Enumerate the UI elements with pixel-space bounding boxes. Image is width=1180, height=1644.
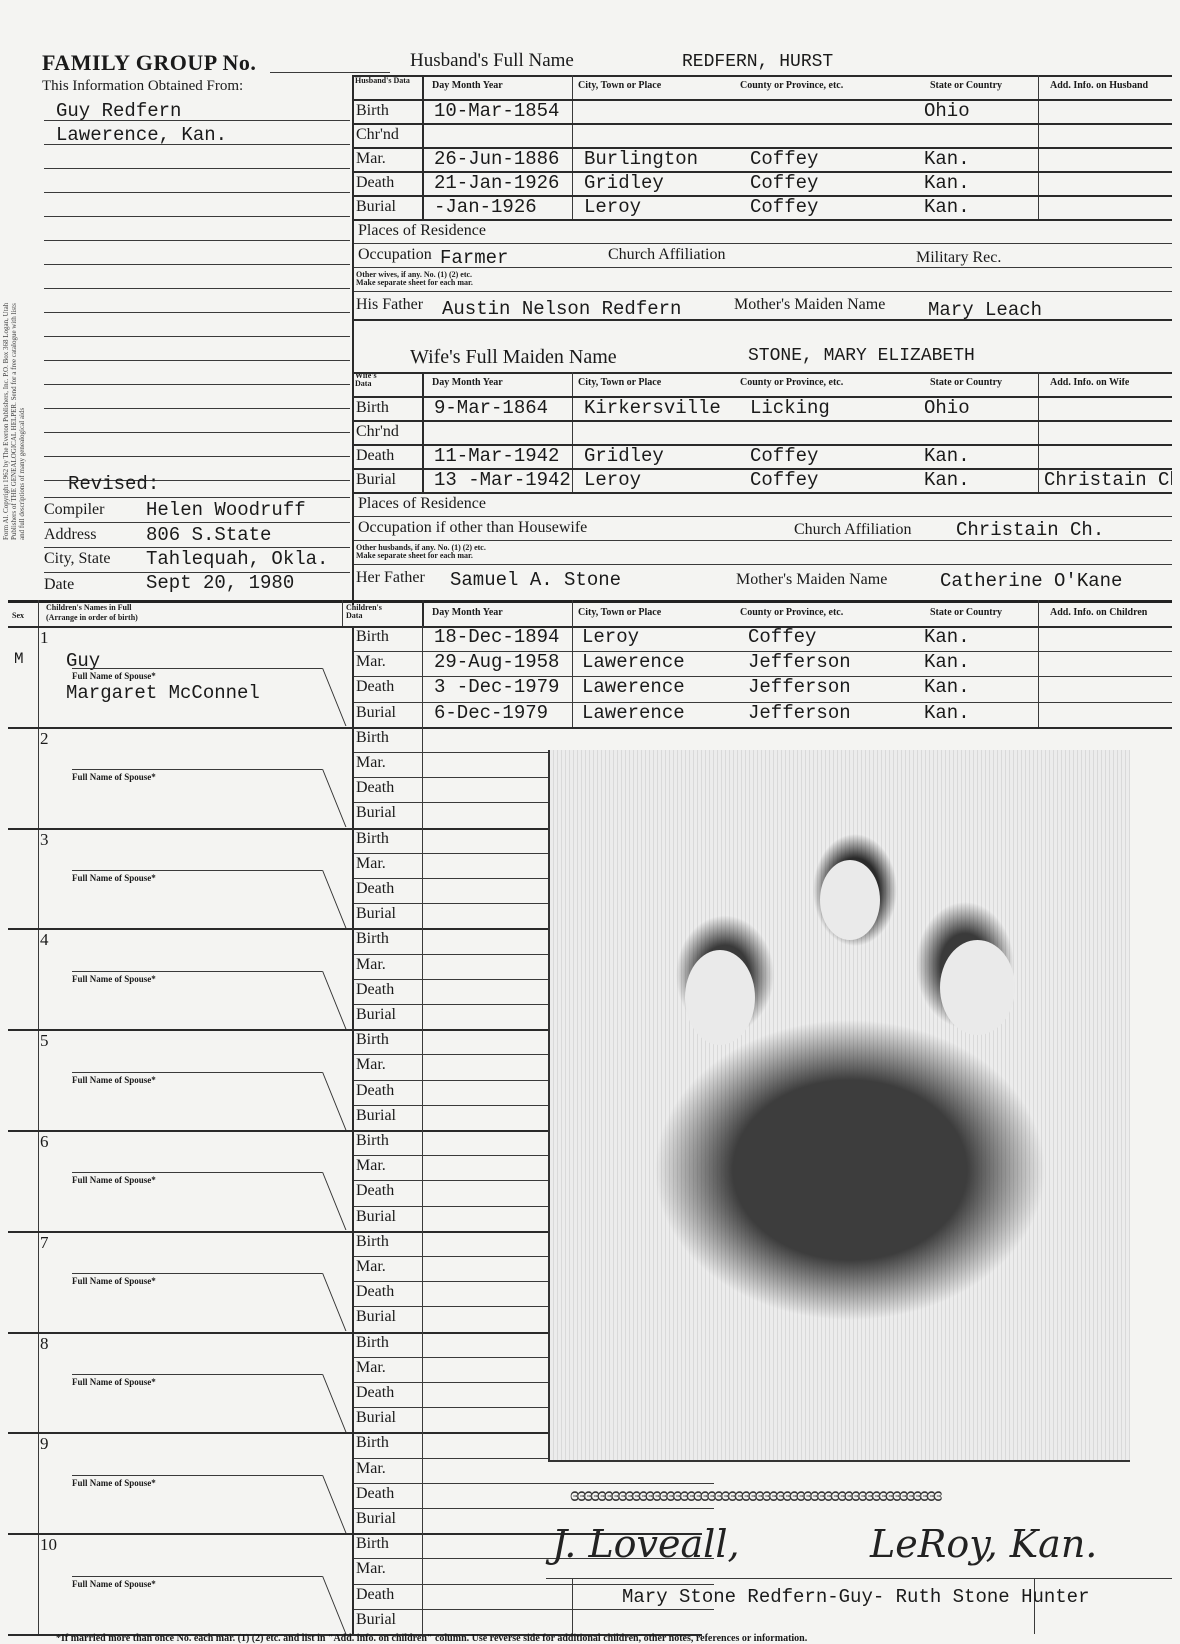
- wife-column-header-date: Day Month Year: [432, 378, 503, 388]
- child-event-type: Burial: [356, 1409, 396, 1427]
- child-event-type: Death: [356, 1182, 394, 1200]
- decorative-border-icon: ɞɞɞɞɞɞɞɞɞɞɞɞɞɞɞɞɞɞɞɞɞɞɞɞɞɞɞɞɞɞɞɞɞɞɞɞɞɞɞɞ…: [570, 1484, 940, 1507]
- compiler-name: Helen Woodruff: [146, 499, 306, 521]
- wife-event-state[interactable]: Kan.: [924, 445, 970, 467]
- child-event-city[interactable]: Lawerence: [582, 651, 685, 673]
- child-event-type: Death: [356, 678, 394, 696]
- husband-event-city[interactable]: Burlington: [584, 148, 698, 170]
- wife-column-header-city: City, Town or Place: [578, 378, 661, 388]
- family-group-number-field[interactable]: [270, 72, 390, 73]
- compiled-date: Sept 20, 1980: [146, 572, 294, 594]
- wife-event-city[interactable]: Kirkersville: [584, 397, 721, 419]
- husband-military-label: Military Rec.: [916, 249, 1001, 267]
- husband-father[interactable]: Austin Nelson Redfern: [442, 298, 681, 320]
- child-event-type: Birth: [356, 628, 389, 646]
- husband-event-state[interactable]: Kan.: [924, 172, 970, 194]
- child-event-type: Birth: [356, 1233, 389, 1251]
- spouse-label: Full Name of Spouse*: [72, 773, 156, 781]
- husband-event-state[interactable]: Kan.: [924, 196, 970, 218]
- compiler-address: 806 S.State: [146, 524, 271, 546]
- husband-event-date[interactable]: 26-Jun-1886: [434, 148, 559, 170]
- husband-event-type: Death: [356, 174, 394, 192]
- wife-name: STONE, MARY ELIZABETH: [748, 346, 975, 366]
- wife-column-header-add-wife: Add. Info. on Wife: [1050, 378, 1129, 388]
- city-state-label: City, State: [44, 550, 111, 568]
- child-event-type: Death: [356, 1082, 394, 1100]
- child-column-header-county: County or Province, etc.: [740, 608, 843, 618]
- footer-note: *If married more than once No. each mar.…: [56, 1633, 807, 1644]
- wife-church[interactable]: Christain Ch.: [956, 519, 1104, 541]
- child-number: 1: [40, 628, 49, 648]
- husband-event-state[interactable]: Kan.: [924, 148, 970, 170]
- child-event-type: Mar.: [356, 754, 386, 772]
- wife-father-label: Her Father: [356, 569, 425, 587]
- husband-event-type: Chr'nd: [356, 126, 399, 144]
- child-event-county[interactable]: Jefferson: [748, 702, 851, 724]
- child-event-type: Burial: [356, 905, 396, 923]
- spouse-label: Full Name of Spouse*: [72, 975, 156, 983]
- wife-mother[interactable]: Catherine O'Kane: [940, 570, 1122, 592]
- husband-event-date[interactable]: 10-Mar-1854: [434, 100, 559, 122]
- publisher-note: Form Al. Copyright 1962 by The Everton P…: [2, 300, 42, 540]
- child-sex[interactable]: M: [14, 650, 24, 668]
- husband-event-type: Birth: [356, 102, 389, 120]
- child-event-type: Death: [356, 1384, 394, 1402]
- child-event-city[interactable]: Lawerence: [582, 676, 685, 698]
- photo-studio-location: LeRoy, Kan.: [870, 1522, 1097, 1566]
- wife-column-header-county: County or Province, etc.: [740, 378, 843, 388]
- child-event-type: Mar.: [356, 1056, 386, 1074]
- child-event-type: Death: [356, 1485, 394, 1503]
- wife-occupation-label: Occupation if other than Housewife: [358, 519, 587, 537]
- child-event-type: Death: [356, 880, 394, 898]
- spouse-label: Full Name of Spouse*: [72, 1076, 156, 1084]
- child-event-county[interactable]: Jefferson: [748, 676, 851, 698]
- husband-event-type: Burial: [356, 198, 396, 216]
- wife-event-county[interactable]: Licking: [750, 397, 830, 419]
- date-label: Date: [44, 576, 74, 594]
- wife-church-label: Church Affiliation: [794, 521, 911, 539]
- child-event-date[interactable]: 6-Dec-1979: [434, 702, 548, 724]
- husband-event-county[interactable]: Coffey: [750, 148, 818, 170]
- husband-event-city[interactable]: Leroy: [584, 196, 641, 218]
- child-event-type: Birth: [356, 1535, 389, 1553]
- wife-event-state[interactable]: Kan.: [924, 469, 970, 491]
- husband-column-header-add-husband: Add. Info. on Husband: [1050, 81, 1148, 91]
- photo-caption: Mary Stone Redfern-Guy- Ruth Stone Hunte…: [622, 1586, 1089, 1608]
- children-names-header: Children's Names in Full: [46, 604, 131, 612]
- child-event-type: Mar.: [356, 1460, 386, 1478]
- wife-event-city[interactable]: Gridley: [584, 445, 664, 467]
- husband-event-city[interactable]: Gridley: [584, 172, 664, 194]
- child-event-type: Burial: [356, 1208, 396, 1226]
- wife-event-date[interactable]: 11-Mar-1942: [434, 445, 559, 467]
- child-event-state[interactable]: Kan.: [924, 676, 970, 698]
- child-event-city[interactable]: Leroy: [582, 626, 639, 648]
- child-event-type: Birth: [356, 1334, 389, 1352]
- husband-column-header-county: County or Province, etc.: [740, 81, 843, 91]
- husband-event-date[interactable]: -Jan-1926: [434, 196, 537, 218]
- child-event-date[interactable]: 18-Dec-1894: [434, 626, 559, 648]
- child-event-type: Death: [356, 1586, 394, 1604]
- husband-event-county[interactable]: Coffey: [750, 172, 818, 194]
- husband-column-header-city: City, Town or Place: [578, 81, 661, 91]
- child-number: 6: [40, 1132, 49, 1152]
- child-event-type: Burial: [356, 704, 396, 722]
- wife-residence-label: Places of Residence: [358, 495, 486, 513]
- child-event-date[interactable]: 29-Aug-1958: [434, 651, 559, 673]
- spouse-label: Full Name of Spouse*: [72, 1176, 156, 1184]
- child-event-type: Birth: [356, 1132, 389, 1150]
- husband-data-label: Husband's Data: [355, 77, 410, 85]
- other-husbands-note: Make separate sheet for each mar.: [356, 552, 473, 560]
- spouse-label: Full Name of Spouse*: [72, 874, 156, 882]
- child-event-type: Mar.: [356, 956, 386, 974]
- child-event-type: Mar.: [356, 1359, 386, 1377]
- child-event-type: Mar.: [356, 855, 386, 873]
- child-column-header-city: City, Town or Place: [578, 608, 661, 618]
- spouse-label: Full Name of Spouse*: [72, 1378, 156, 1386]
- child-column-header-date: Day Month Year: [432, 608, 503, 618]
- children-order-note: (Arrange in order of birth): [46, 614, 138, 622]
- revised-label: Revised:: [68, 473, 159, 495]
- child-event-state[interactable]: Kan.: [924, 651, 970, 673]
- child-number: 4: [40, 930, 49, 950]
- wife-event-county[interactable]: Coffey: [750, 469, 818, 491]
- child-event-type: Birth: [356, 930, 389, 948]
- husband-occupation[interactable]: Farmer: [440, 247, 508, 269]
- child-event-type: Mar.: [356, 1157, 386, 1175]
- child-number: 2: [40, 729, 49, 749]
- wife-event-city[interactable]: Leroy: [584, 469, 641, 491]
- child-number: 3: [40, 830, 49, 850]
- husband-name: REDFERN, HURST: [682, 52, 833, 72]
- address-label: Address: [44, 526, 96, 544]
- spouse-label: Full Name of Spouse*: [72, 1277, 156, 1285]
- child-event-state[interactable]: Kan.: [924, 702, 970, 724]
- husband-column-header-date: Day Month Year: [432, 81, 503, 91]
- child-event-type: Burial: [356, 1308, 396, 1326]
- husband-church-label: Church Affiliation: [608, 246, 725, 264]
- photo-studio-name: J. Loveall,: [552, 1522, 740, 1566]
- husband-name-label: Husband's Full Name: [410, 50, 574, 72]
- child-event-type: Death: [356, 779, 394, 797]
- wife-event-add[interactable]: Christain Ch.: [1044, 469, 1172, 491]
- child-event-type: Mar.: [356, 653, 386, 671]
- wife-event-county[interactable]: Coffey: [750, 445, 818, 467]
- child-event-type: Burial: [356, 1510, 396, 1528]
- child-number: 9: [40, 1434, 49, 1454]
- child-column-header-add-child: Add. Info. on Children: [1050, 608, 1147, 618]
- wife-event-type: Chr'nd: [356, 423, 399, 441]
- child-event-type: Birth: [356, 1434, 389, 1452]
- child-event-county[interactable]: Coffey: [748, 626, 816, 648]
- child-number: 10: [40, 1535, 57, 1555]
- child-event-type: Death: [356, 1283, 394, 1301]
- compiler-city: Tahlequah, Okla.: [146, 548, 328, 570]
- family-photo: [548, 750, 1130, 1462]
- child-event-state[interactable]: Kan.: [924, 626, 970, 648]
- wife-mother-label: Mother's Maiden Name: [736, 571, 887, 589]
- obtained-from-line-1: Guy Redfern: [56, 100, 181, 122]
- spouse-label: Full Name of Spouse*: [72, 1580, 156, 1588]
- husband-event-state[interactable]: Ohio: [924, 100, 970, 122]
- spouse-label: Full Name of Spouse*: [72, 1479, 156, 1487]
- wife-name-label: Wife's Full Maiden Name: [410, 346, 617, 369]
- wife-event-row: [354, 420, 1172, 444]
- child-event-type: Burial: [356, 1107, 396, 1125]
- child-event-type: Mar.: [356, 1560, 386, 1578]
- child-event-type: Mar.: [356, 1258, 386, 1276]
- wife-event-type: Birth: [356, 399, 389, 417]
- child-event-type: Birth: [356, 1031, 389, 1049]
- child-number: 5: [40, 1031, 49, 1051]
- husband-event-type: Mar.: [356, 150, 386, 168]
- other-wives-note: Make separate sheet for each mar.: [356, 279, 473, 287]
- wife-event-date[interactable]: 9-Mar-1864: [434, 397, 548, 419]
- husband-column-header-state: State or Country: [930, 81, 1002, 91]
- children-data-header: Children's Data: [346, 604, 386, 620]
- spouse-label: Full Name of Spouse*: [72, 672, 156, 680]
- child-event-type: Death: [356, 981, 394, 999]
- husband-father-label: His Father: [356, 296, 423, 314]
- child-event-type: Burial: [356, 804, 396, 822]
- husband-event-date[interactable]: 21-Jan-1926: [434, 172, 559, 194]
- wife-data-label: Wife's Data: [355, 372, 395, 388]
- wife-event-date[interactable]: 13 -Mar-1942: [434, 469, 571, 491]
- child-event-county[interactable]: Jefferson: [748, 651, 851, 673]
- child-event-type: Birth: [356, 830, 389, 848]
- form-title: FAMILY GROUP No.: [42, 50, 256, 76]
- husband-event-row: [354, 123, 1172, 147]
- wife-event-state[interactable]: Ohio: [924, 397, 970, 419]
- child-event-type: Burial: [356, 1611, 396, 1629]
- child-event-type: Burial: [356, 1006, 396, 1024]
- husband-mother[interactable]: Mary Leach: [928, 299, 1042, 321]
- child-event-date[interactable]: 3 -Dec-1979: [434, 676, 559, 698]
- wife-event-type: Death: [356, 447, 394, 465]
- child-event-type: Birth: [356, 729, 389, 747]
- child-event-city[interactable]: Lawerence: [582, 702, 685, 724]
- obtained-from-label: This Information Obtained From:: [42, 78, 243, 95]
- child-spouse-name[interactable]: Margaret McConnel: [66, 682, 260, 704]
- wife-column-header-state: State or Country: [930, 378, 1002, 388]
- child-number: 7: [40, 1233, 49, 1253]
- wife-event-type: Burial: [356, 471, 396, 489]
- husband-mother-label: Mother's Maiden Name: [734, 296, 885, 314]
- child-number: 8: [40, 1334, 49, 1354]
- husband-occupation-label: Occupation: [358, 246, 432, 264]
- husband-residence-label: Places of Residence: [358, 222, 486, 240]
- child-column-header-state: State or Country: [930, 608, 1002, 618]
- sex-column-header: Sex: [12, 612, 24, 620]
- wife-father[interactable]: Samuel A. Stone: [450, 569, 621, 591]
- compiler-label: Compiler: [44, 501, 104, 519]
- husband-event-county[interactable]: Coffey: [750, 196, 818, 218]
- obtained-from-line-2: Lawerence, Kan.: [56, 124, 227, 146]
